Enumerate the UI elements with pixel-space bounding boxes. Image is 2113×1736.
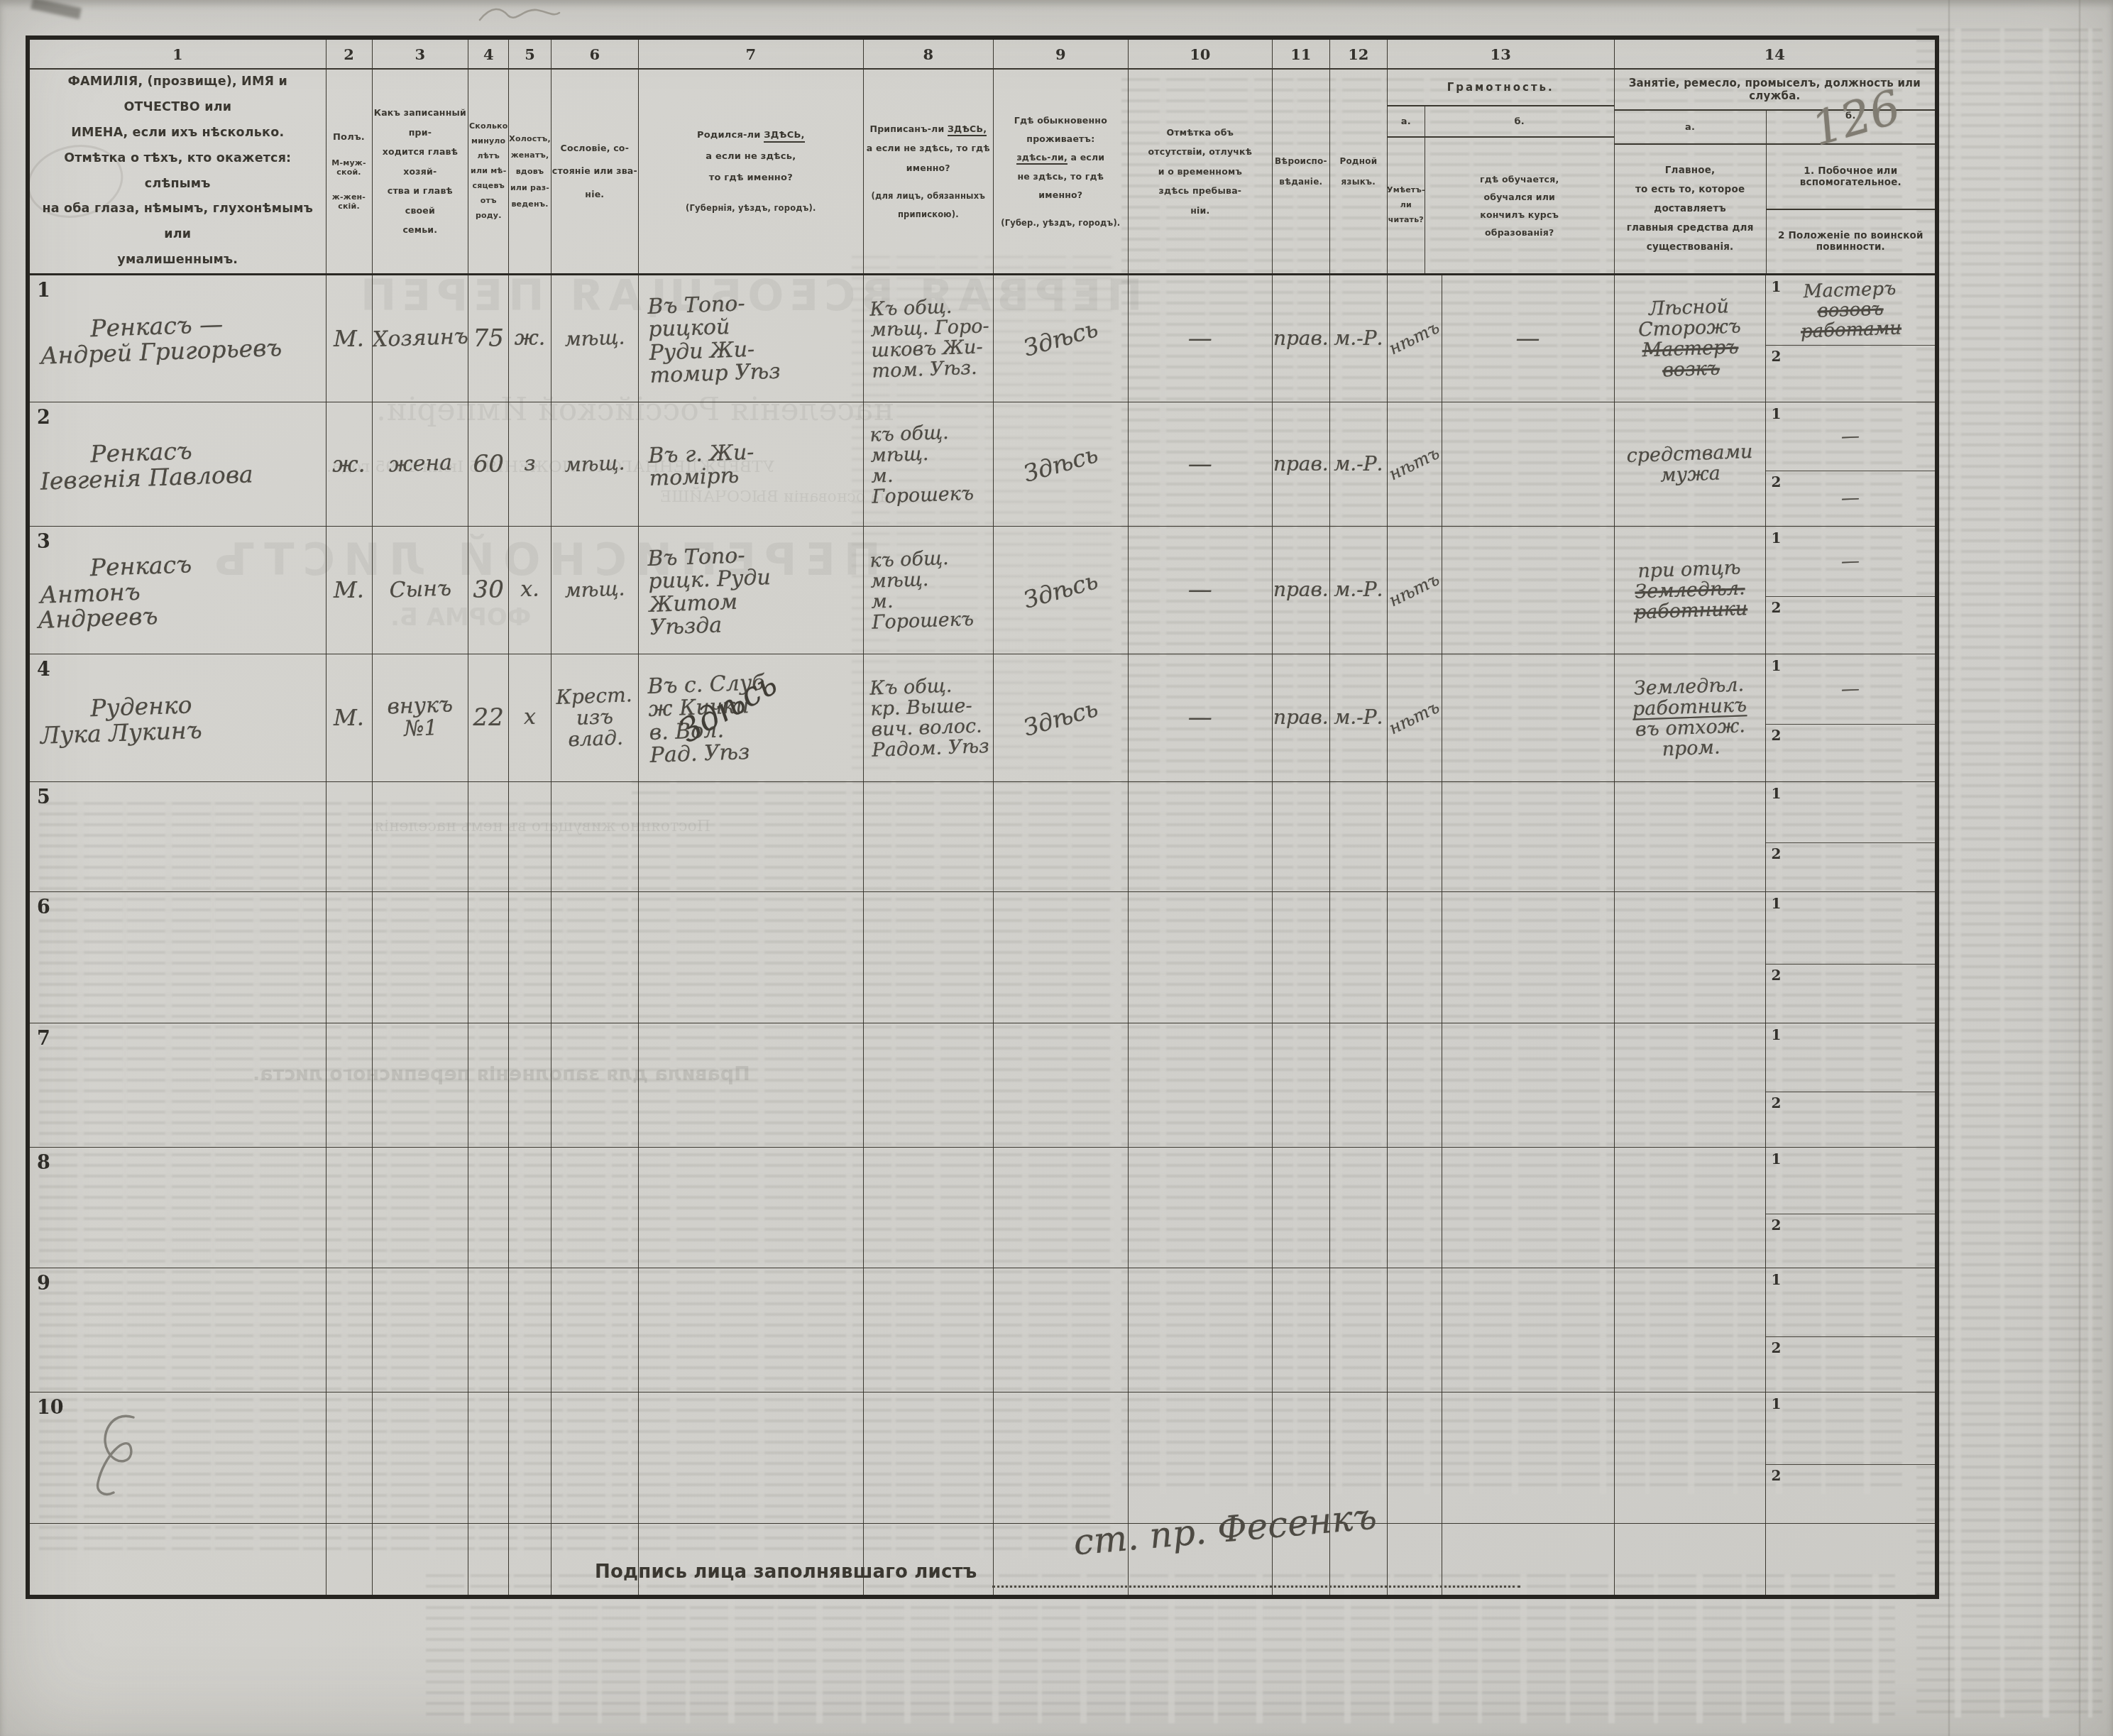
header-language-column: Родной языкъ. xyxy=(1329,69,1387,275)
cell-absence xyxy=(1128,1392,1272,1524)
cell-empty xyxy=(638,1524,863,1597)
header-text: 2 Положеніе по воинской повинности. xyxy=(1767,210,1936,274)
pencil-squiggle xyxy=(477,1,562,26)
religion-value: прав. xyxy=(1273,705,1329,729)
table-row-extra xyxy=(28,1524,1937,1597)
header-religion-column: Вѣроиспо- вѣданіе. xyxy=(1272,69,1329,275)
header-note: (Губер., уѣздъ, городъ). xyxy=(994,214,1128,231)
absence-value: — xyxy=(1188,576,1212,604)
occupation-lines: — xyxy=(1840,679,1860,700)
row-number: 6 xyxy=(37,896,50,918)
sex-value: ж. xyxy=(332,451,366,478)
header-sub-label: а. xyxy=(1615,111,1767,143)
cell-marital xyxy=(509,1392,551,1524)
cell-language: м.-Р. xyxy=(1329,275,1387,402)
header-relation-column: Какъ записанный при- ходится главѣ хозяй… xyxy=(372,69,468,275)
occupation-sub-1: 1 xyxy=(1766,1392,1936,1465)
cell-relation xyxy=(372,1392,468,1524)
estate-value: Крест.изъ влад. xyxy=(551,684,638,752)
cell-birthplace: Въ г. Жи-томірѣ xyxy=(638,402,863,527)
occupation-sub-1: 1 xyxy=(1766,1268,1936,1337)
cell-occupation-secondary: 1—2 xyxy=(1765,527,1937,654)
header-absence-column: Отмѣтка объ отсутствіи, отлучкѣ и о врем… xyxy=(1128,69,1272,275)
occupation-lines: Лѣсной СторожъМастеръвозкъ xyxy=(1614,295,1765,383)
cell-birthplace: Въ Топо-рицкойРуди Жи-томир Уѣз xyxy=(638,275,863,402)
cell-religion xyxy=(1272,1148,1329,1268)
occupation-sub-2: 2 xyxy=(1766,964,1936,1023)
cell-estate xyxy=(551,892,638,1023)
cell-occupation-secondary: 12 xyxy=(1765,1023,1937,1148)
occupation-sub-1: 1 xyxy=(1766,782,1936,843)
religion-value: прав. xyxy=(1273,578,1329,601)
cell-religion: прав. xyxy=(1272,275,1329,402)
occupation-sub-1: 1— xyxy=(1766,402,1936,471)
census-table: 1 2 3 4 5 6 7 8 9 10 11 12 13 14 ФАМИЛІЯ… xyxy=(26,35,1939,1599)
table-row: 812 xyxy=(28,1148,1937,1268)
occupation-sub-1: 1— xyxy=(1766,654,1936,725)
table-row: 4РуденкоЛука ЛукинъМ.внукъ№122хКрест.изъ… xyxy=(28,654,1937,782)
cell-residence xyxy=(993,892,1128,1023)
cell-empty xyxy=(551,1524,638,1597)
absence-value: — xyxy=(1188,324,1212,353)
cell-religion: прав. xyxy=(1272,527,1329,654)
table-row: 1012 xyxy=(28,1392,1937,1524)
header-literacy-column: Грамотность. а. б. Умѣетъ- ли читать? гд… xyxy=(1387,69,1614,275)
cell-birthplace: Въ Топо-рицк. РудиЖитомУѣзда xyxy=(638,527,863,654)
cell-age xyxy=(468,1148,509,1268)
signature-dotted-line xyxy=(992,1566,1520,1588)
person-name: Ренкасъ —Андрей Григорьевъ xyxy=(29,308,326,369)
header-estate-column: Сословіе, со- стояніе или зва- ніе. xyxy=(551,69,638,275)
cell-birthplace xyxy=(638,1392,863,1524)
absence-value: — xyxy=(1188,450,1212,478)
age-value: 22 xyxy=(473,703,504,732)
cell-birthplace xyxy=(638,892,863,1023)
cell-literacy-reads xyxy=(1387,782,1442,892)
cell-literacy-education xyxy=(1442,892,1614,1023)
cell-religion xyxy=(1272,1268,1329,1392)
cell-relation xyxy=(372,1148,468,1268)
cell-age xyxy=(468,1268,509,1392)
cell-birthplace: Въ с. Слубж Кичкив. Вол.Рад. УѣзЗдѣсь xyxy=(638,654,863,782)
marital-value: х xyxy=(524,705,536,730)
occupation-entry: — xyxy=(1840,551,1860,572)
cell-religion xyxy=(1272,782,1329,892)
occupation-sub-1: 1Мастеръвозовъработами xyxy=(1766,275,1936,346)
header-text: гдѣ обучается, обучался или кончилъ курс… xyxy=(1425,138,1614,273)
cell-religion: прав. xyxy=(1272,402,1329,527)
cell-name: 4РуденкоЛука Лукинъ xyxy=(28,654,326,782)
cell-language xyxy=(1329,782,1387,892)
header-text: Гдѣ обыкновенно проживаетъ: xyxy=(994,111,1128,149)
row-number: 8 xyxy=(37,1152,50,1174)
cell-literacy-education xyxy=(1442,402,1614,527)
cell-age: 22 xyxy=(468,654,509,782)
cell-residence xyxy=(993,1392,1128,1524)
cell-literacy-education xyxy=(1442,1148,1614,1268)
row-number: 2 xyxy=(37,407,50,429)
person-name: РенкасъІевгенія Павлова xyxy=(29,434,326,495)
cell-estate xyxy=(551,1268,638,1392)
occupation-sub-2: 2 xyxy=(1766,596,1936,654)
occupation-sub-2: 2 xyxy=(1766,1464,1936,1523)
signature-label: Подпись лица заполнявшаго листъ xyxy=(595,1561,977,1583)
cell-residence: Здѣсь xyxy=(993,527,1128,654)
cell-occupation-main: средствамимужа xyxy=(1614,402,1765,527)
religion-value: прав. xyxy=(1273,452,1329,476)
cell-occupation-secondary: 1Мастеръвозовъработами2 xyxy=(1765,275,1937,402)
cell-absence xyxy=(1128,1023,1272,1148)
header-registration-column: Приписанъ-ли ЗДѢСЬ, а если не здѣсь, то … xyxy=(863,69,993,275)
cell-occupation-main xyxy=(1614,782,1765,892)
cell-birthplace xyxy=(638,782,863,892)
occupation-sub-1: 1— xyxy=(1766,527,1936,597)
col-number: 9 xyxy=(1055,45,1066,63)
sex-value: М. xyxy=(334,576,364,603)
cell-registration: Къ общ.кр. Выше-вич. волос.Радом. Уѣз xyxy=(863,654,993,782)
cell-literacy-reads: нѣтъ xyxy=(1387,527,1442,654)
header-text: М-муж- ской. xyxy=(326,158,372,177)
occupation-sub-2: 2— xyxy=(1766,471,1936,526)
cell-relation: Сынъ xyxy=(372,527,468,654)
cell-literacy-education xyxy=(1442,782,1614,892)
row-number: 5 xyxy=(37,786,50,808)
cell-name: 2РенкасъІевгенія Павлова xyxy=(28,402,326,527)
header-age-column: Сколько минуло лѣтъ или мѣ- сяцевъ отъ р… xyxy=(468,69,509,275)
table-row: 912 xyxy=(28,1268,1937,1392)
cell-name: 6 xyxy=(28,892,326,1023)
occupation-entry: въ отхож. пром. xyxy=(1615,715,1765,762)
cell-registration xyxy=(863,1148,993,1268)
header-text: Полъ. xyxy=(326,132,372,143)
education-value: — xyxy=(1516,324,1540,353)
occupation-sub-1: 1 xyxy=(1766,892,1936,965)
header-text: Сколько минуло лѣтъ или мѣ- сяцевъ отъ р… xyxy=(468,119,508,223)
col-number: 13 xyxy=(1491,45,1511,63)
cell-empty xyxy=(1614,1524,1765,1597)
col-number: 4 xyxy=(483,45,494,63)
row-number: 10 xyxy=(37,1397,64,1419)
header-text: Холостъ, женатъ, вдовъ или раз- веденъ. xyxy=(509,131,551,212)
col-number: 3 xyxy=(415,45,426,63)
cell-relation xyxy=(372,892,468,1023)
cell-occupation-main xyxy=(1614,1023,1765,1148)
occupation-lines: — xyxy=(1840,488,1860,508)
header-text-underlined: ЗДѢСЬ, xyxy=(764,130,804,143)
residence-value: Здѣсь xyxy=(1021,316,1101,361)
relation-value: Сынъ xyxy=(372,577,468,603)
cell-absence: — xyxy=(1128,402,1272,527)
cell-name: 10 xyxy=(28,1392,326,1524)
col-number: 6 xyxy=(590,45,600,63)
header-text: Вѣроиспо- вѣданіе. xyxy=(1273,151,1329,192)
cell-age: 60 xyxy=(468,402,509,527)
header-text: ж-жен- скій. xyxy=(326,192,372,211)
cell-language xyxy=(1329,892,1387,1023)
occupation-sub-2: 2 xyxy=(1766,345,1936,402)
row-number: 3 xyxy=(37,531,50,553)
cell-occupation-main xyxy=(1614,892,1765,1023)
paper-crease xyxy=(1948,0,1950,1736)
occupation-sub-1: 1 xyxy=(1766,1023,1936,1092)
table-row: 1Ренкасъ —Андрей ГригорьевъМ.Хозяинъ75ж.… xyxy=(28,275,1937,402)
paper-crease xyxy=(2078,0,2081,1736)
relation-value: внукъ№1 xyxy=(372,693,468,742)
cell-residence xyxy=(993,1148,1128,1268)
column-number-strip: 1 2 3 4 5 6 7 8 9 10 11 12 13 14 xyxy=(28,38,1937,69)
header-text: Умѣетъ- ли читать? xyxy=(1388,138,1425,273)
marital-value: х. xyxy=(520,577,539,602)
cell-registration xyxy=(863,782,993,892)
estate-value: мѣщ. xyxy=(551,452,638,476)
literacy-value: нѣтъ xyxy=(1387,319,1442,358)
birthplace-value: Въ г. Жи-томірѣ xyxy=(638,437,863,491)
header-text: а если не здѣсь, то гдѣ именно? xyxy=(864,138,993,177)
marital-value: ж. xyxy=(515,326,546,351)
cell-relation xyxy=(372,1268,468,1392)
occupation-sub-2: 2 xyxy=(1766,842,1936,891)
occupation-sub-2: 2 xyxy=(1766,1336,1936,1392)
cell-marital xyxy=(509,1023,551,1148)
cell-literacy-education xyxy=(1442,654,1614,782)
language-value: м.-Р. xyxy=(1334,452,1383,476)
cell-name: 9 xyxy=(28,1268,326,1392)
cell-religion: прав. xyxy=(1272,654,1329,782)
residence-value: Здѣсь xyxy=(1021,441,1101,487)
cell-empty xyxy=(468,1524,509,1597)
occupation-lines: — xyxy=(1840,551,1860,572)
noise-block xyxy=(1916,28,2102,1718)
cell-absence xyxy=(1128,892,1272,1023)
cell-residence xyxy=(993,1023,1128,1148)
cell-marital xyxy=(509,1148,551,1268)
cell-religion xyxy=(1272,892,1329,1023)
cell-literacy-education xyxy=(1442,527,1614,654)
cell-sex xyxy=(326,1023,372,1148)
table-row: 3РенкасъАнтонъАндреевъМ.Сынъ30х.мѣщ.Въ Т… xyxy=(28,527,1937,654)
table-row: 2РенкасъІевгенія Павловаж.жена60змѣщ.Въ … xyxy=(28,402,1937,527)
cell-literacy-education xyxy=(1442,1023,1614,1148)
cell-occupation-main: Лѣсной СторожъМастеръвозкъ xyxy=(1614,275,1765,402)
registration-value: къ общ.мѣщ.м. Горошекъ xyxy=(863,421,993,508)
cell-literacy-reads xyxy=(1387,1268,1442,1392)
cell-language: м.-Р. xyxy=(1329,654,1387,782)
cell-empty xyxy=(509,1524,551,1597)
registration-value: къ общ.мѣщ.м. Горошекъ xyxy=(863,546,993,634)
cell-sex xyxy=(326,1392,372,1524)
col-number: 12 xyxy=(1348,45,1368,63)
cell-estate xyxy=(551,1392,638,1524)
cell-literacy-reads xyxy=(1387,1023,1442,1148)
cell-registration xyxy=(863,1023,993,1148)
cell-sex: М. xyxy=(326,275,372,402)
cell-sex xyxy=(326,1268,372,1392)
occupation-lines: Мастеръвозовъработами xyxy=(1799,278,1901,341)
header-marital-column: Холостъ, женатъ, вдовъ или раз- веденъ. xyxy=(509,69,551,275)
person-name: РуденкоЛука Лукинъ xyxy=(29,688,326,749)
sex-value: М. xyxy=(334,325,364,352)
cell-language: м.-Р. xyxy=(1329,402,1387,527)
header-text: Отмѣтка объ отсутствіи, отлучкѣ и о врем… xyxy=(1129,123,1272,221)
occupation-sub-2: 2 xyxy=(1766,724,1936,781)
birthplace-value: Въ Топо-рицкойРуди Жи-томир Уѣз xyxy=(638,289,863,389)
cell-sex xyxy=(326,1148,372,1268)
pencil-squiggle xyxy=(84,1409,152,1502)
row-number: 4 xyxy=(37,659,50,681)
relation-value: Хозяинъ xyxy=(372,325,468,351)
row-number: 9 xyxy=(37,1273,50,1295)
cell-residence: Здѣсь xyxy=(993,654,1128,782)
header-text: Грамотность. xyxy=(1388,70,1614,106)
cell-age: 30 xyxy=(468,527,509,654)
cell-marital xyxy=(509,782,551,892)
cell-name: 5 xyxy=(28,782,326,892)
literacy-value: нѣтъ xyxy=(1387,444,1442,484)
cell-relation: жена xyxy=(372,402,468,527)
ink-smudge xyxy=(31,0,82,19)
cell-language xyxy=(1329,1148,1387,1268)
sex-value: М. xyxy=(334,704,364,731)
table-row: 712 xyxy=(28,1023,1937,1148)
occupation-lines: Земледѣл.работникъвъ отхож. пром. xyxy=(1614,674,1765,762)
occupation-sub-2: 2 xyxy=(1766,1214,1936,1268)
cell-registration: къ общ.мѣщ.м. Горошекъ xyxy=(863,402,993,527)
cell-occupation-secondary: 12 xyxy=(1765,892,1937,1023)
religion-value: прав. xyxy=(1273,326,1329,350)
cell-sex: ж. xyxy=(326,402,372,527)
cell-relation xyxy=(372,1023,468,1148)
literacy-value: нѣтъ xyxy=(1387,698,1442,737)
cell-residence xyxy=(993,1268,1128,1392)
cell-language: м.-Р. xyxy=(1329,527,1387,654)
header-text: ФАМИЛІЯ, (прозвище), ИМЯ и ОТЧЕСТВО или … xyxy=(30,70,326,273)
cell-marital: х. xyxy=(509,527,551,654)
header-text: Главное, то есть то, которое доставляетъ… xyxy=(1615,145,1767,273)
cell-occupation-secondary: 12 xyxy=(1765,782,1937,892)
absence-value: — xyxy=(1188,703,1212,732)
cell-name: 3РенкасъАнтонъАндреевъ xyxy=(28,527,326,654)
header-sub-label: б. xyxy=(1425,106,1614,136)
language-value: м.-Р. xyxy=(1334,578,1383,601)
header-text: а если не здѣсь, то гдѣ именно? xyxy=(639,146,863,189)
cell-absence: — xyxy=(1128,527,1272,654)
cell-empty xyxy=(28,1524,326,1597)
cell-age xyxy=(468,782,509,892)
header-text-underlined: ЗДѢСЬ, xyxy=(948,123,987,136)
header-text: Сословіе, со- стояніе или зва- ніе. xyxy=(551,137,638,207)
cell-absence xyxy=(1128,782,1272,892)
cell-occupation-main xyxy=(1614,1392,1765,1524)
cell-estate: Крест.изъ влад. xyxy=(551,654,638,782)
relation-value: жена xyxy=(372,451,468,477)
occupation-lines: — xyxy=(1840,426,1860,446)
age-value: 30 xyxy=(473,576,504,604)
cell-marital: х xyxy=(509,654,551,782)
col-number: 2 xyxy=(344,45,354,63)
cell-sex xyxy=(326,892,372,1023)
cell-estate: мѣщ. xyxy=(551,527,638,654)
language-value: м.-Р. xyxy=(1334,705,1383,729)
header-note: (для лицъ, обязанныхъ припискою). xyxy=(864,187,993,224)
cell-registration: къ общ.мѣщ.м. Горошекъ xyxy=(863,527,993,654)
cell-literacy-reads: нѣтъ xyxy=(1387,275,1442,402)
literacy-value: нѣтъ xyxy=(1387,570,1442,610)
estate-value: мѣщ. xyxy=(551,578,638,602)
cell-empty xyxy=(1765,1524,1937,1597)
cell-registration xyxy=(863,1268,993,1392)
cell-marital xyxy=(509,892,551,1023)
cell-empty xyxy=(863,1524,993,1597)
cell-relation xyxy=(372,782,468,892)
residence-value: Здѣсь xyxy=(1021,696,1101,741)
registration-value: Къ общ.кр. Выше-вич. волос.Радом. Уѣз xyxy=(863,674,993,762)
cell-absence: — xyxy=(1128,654,1272,782)
header-sex-column: Полъ. М-муж- ской. ж-жен- скій. xyxy=(326,69,372,275)
cell-occupation-main: Земледѣл.работникъвъ отхож. пром. xyxy=(1614,654,1765,782)
header-text: Какъ записанный при- ходится главѣ хозяй… xyxy=(373,103,468,240)
cell-literacy-reads: нѣтъ xyxy=(1387,402,1442,527)
cell-marital: з xyxy=(509,402,551,527)
cell-age xyxy=(468,1023,509,1148)
cell-age xyxy=(468,1392,509,1524)
col-number: 14 xyxy=(1765,45,1785,63)
cell-age xyxy=(468,892,509,1023)
header-name-column: ФАМИЛІЯ, (прозвище), ИМЯ и ОТЧЕСТВО или … xyxy=(28,69,326,275)
cell-absence xyxy=(1128,1268,1272,1392)
cell-marital xyxy=(509,1268,551,1392)
occupation-entry: — xyxy=(1840,679,1860,700)
cell-registration xyxy=(863,1392,993,1524)
occupation-sub-2: 2 xyxy=(1766,1092,1936,1147)
cell-language xyxy=(1329,1023,1387,1148)
cell-occupation-main xyxy=(1614,1268,1765,1392)
cell-occupation-secondary: 1—2 xyxy=(1765,654,1937,782)
cell-occupation-main xyxy=(1614,1148,1765,1268)
col-number: 1 xyxy=(172,45,183,63)
cell-literacy-reads xyxy=(1387,892,1442,1023)
cell-literacy-education: — xyxy=(1442,275,1614,402)
cell-empty xyxy=(372,1524,468,1597)
row-number: 7 xyxy=(37,1028,50,1050)
cell-empty xyxy=(326,1524,372,1597)
cell-relation: внукъ№1 xyxy=(372,654,468,782)
cell-birthplace xyxy=(638,1023,863,1148)
cell-literacy-education xyxy=(1442,1392,1614,1524)
language-value: м.-Р. xyxy=(1334,326,1383,350)
cell-residence: Здѣсь xyxy=(993,275,1128,402)
cell-occupation-secondary: 12 xyxy=(1765,1148,1937,1268)
col-number: 8 xyxy=(923,45,934,63)
estate-value: мѣщ. xyxy=(551,326,638,351)
cell-absence: — xyxy=(1128,275,1272,402)
cell-marital: ж. xyxy=(509,275,551,402)
occupation-sub-1: 1 xyxy=(1766,1148,1936,1214)
cell-absence xyxy=(1128,1148,1272,1268)
cell-residence: Здѣсь xyxy=(993,402,1128,527)
cell-occupation-secondary: 12 xyxy=(1765,1392,1937,1524)
cell-estate: мѣщ. xyxy=(551,275,638,402)
row-number: 1 xyxy=(37,280,50,302)
cell-estate: мѣщ. xyxy=(551,402,638,527)
cell-age: 75 xyxy=(468,275,509,402)
person-name: РенкасъАнтонъАндреевъ xyxy=(28,547,326,633)
cell-name: 7 xyxy=(28,1023,326,1148)
header-text: 1. Побочное или вспомогательное. xyxy=(1767,145,1936,210)
age-value: 75 xyxy=(473,324,504,353)
census-form-scan: ПЕРВАЯ ВСЕОБЩАЯ ПЕРЕПнаселенія Россійско… xyxy=(0,0,2113,1736)
cell-estate xyxy=(551,1023,638,1148)
header-note: (Губернія, уѣздъ, городъ). xyxy=(639,199,863,217)
